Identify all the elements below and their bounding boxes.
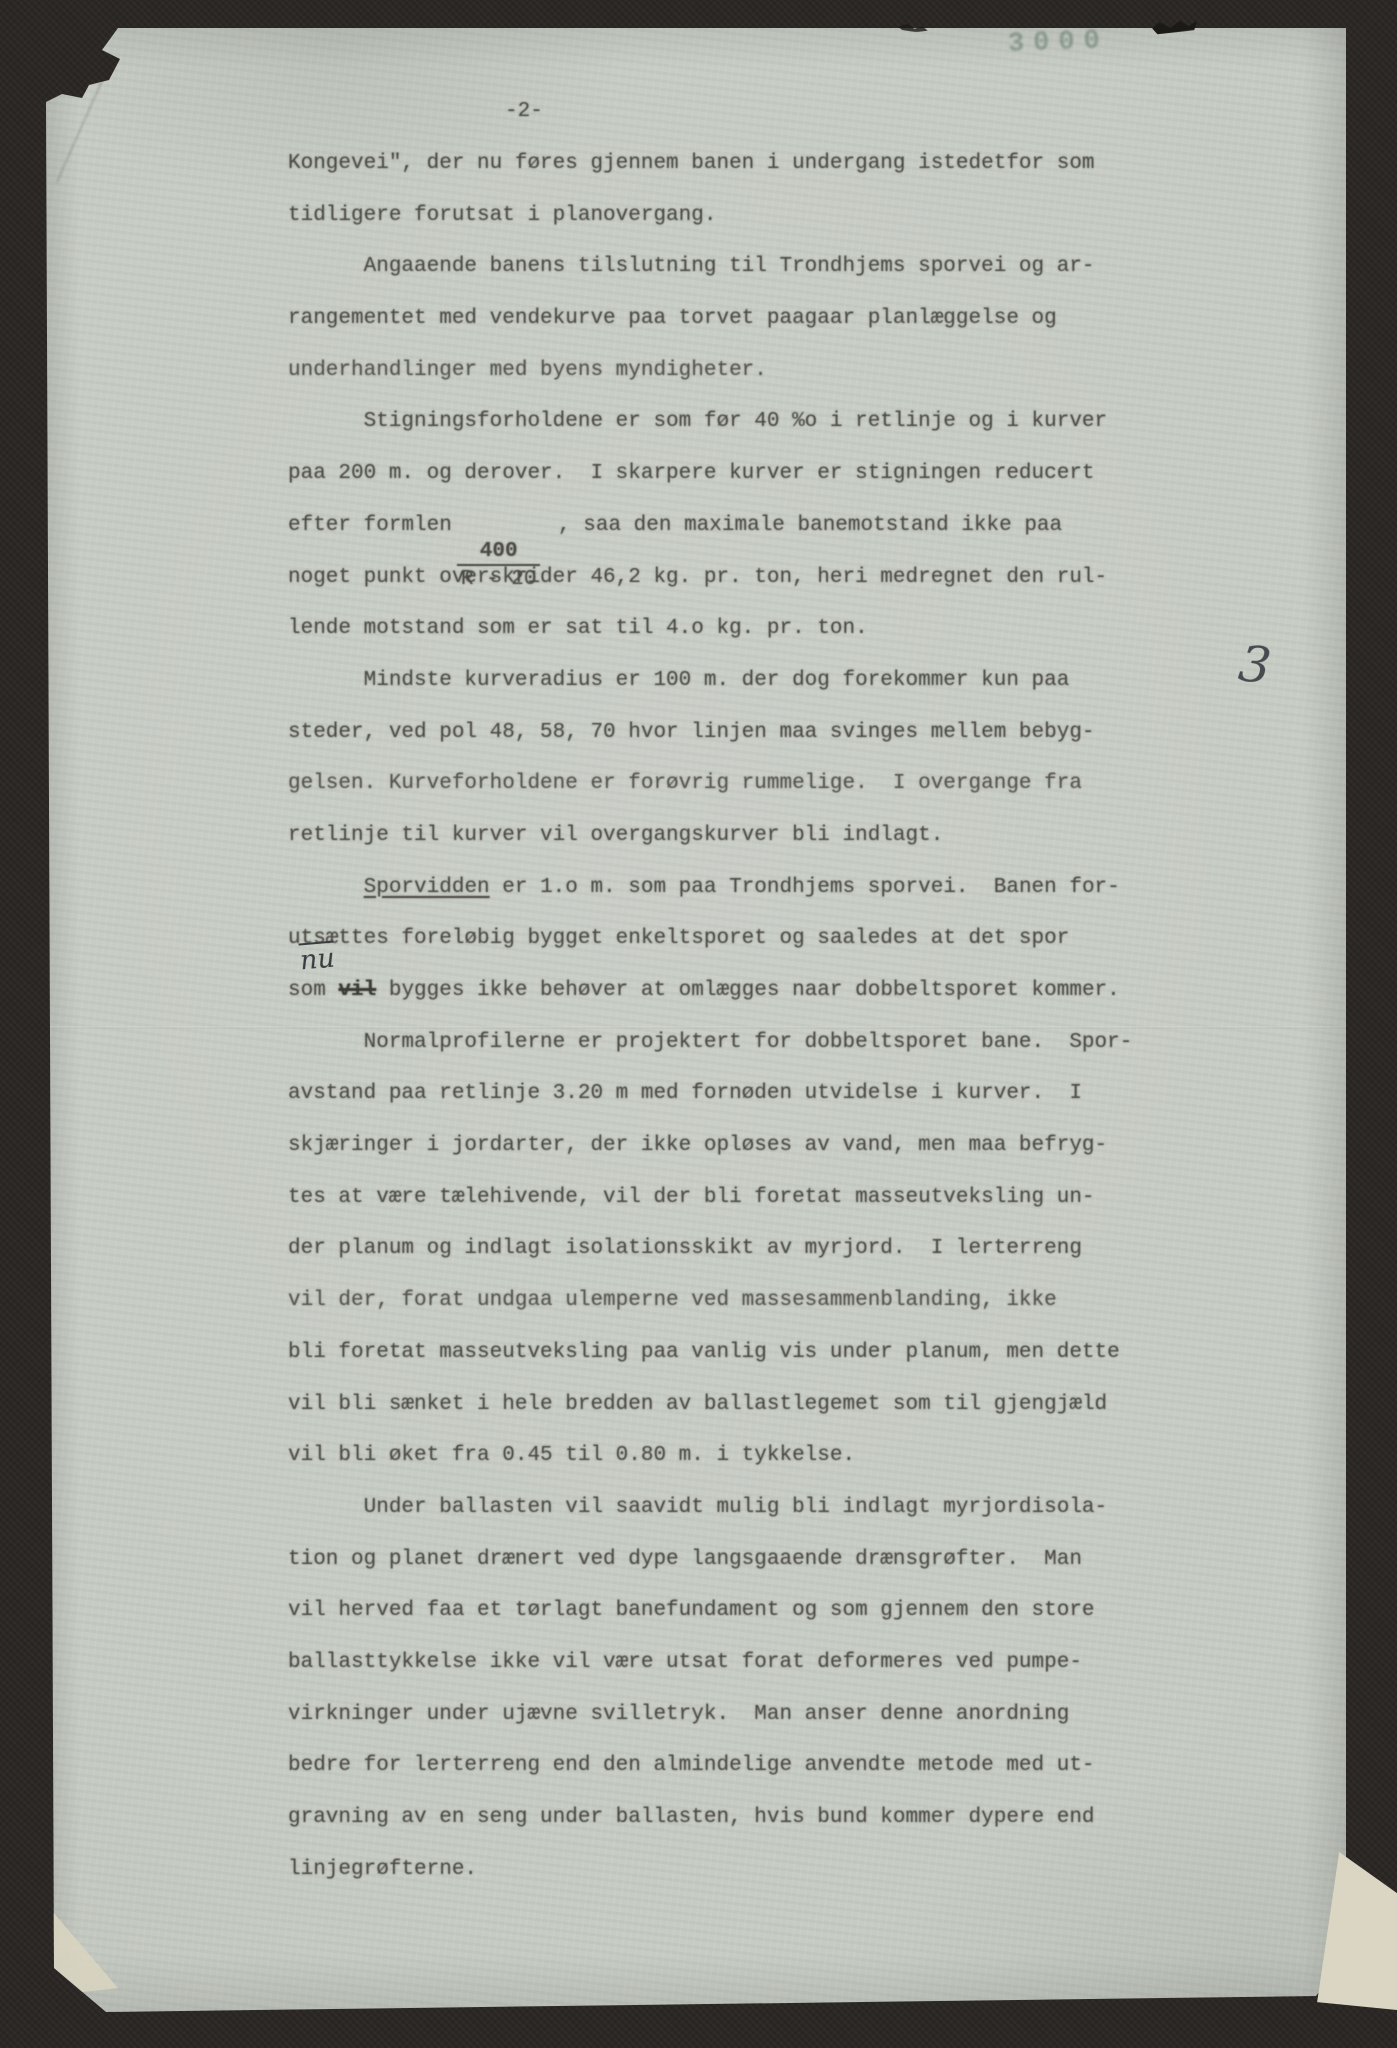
line-text: Stigningsforholdene er som før 40 %o i r… <box>288 410 1107 433</box>
line-text: underhandlinger med byens myndigheter. <box>288 359 767 382</box>
document-line: tidligere forutsat i planovergang. <box>288 190 1132 242</box>
formula-fraction: 400R - 20 <box>457 540 541 592</box>
line-text: noget punkt overskrider 46,2 kg. pr. ton… <box>288 566 1107 589</box>
line-text: er 1.o m. som paa Trondhjems sporvei. Ba… <box>490 876 1120 899</box>
document-line: der planum og indlagt isolationsskikt av… <box>288 1223 1132 1275</box>
line-text: tes at være tælehivende, vil der bli for… <box>288 1186 1095 1209</box>
document-line: steder, ved pol 48, 58, 70 hvor linjen m… <box>288 707 1132 759</box>
document-line: skjæringer i jordarter, der ikke opløses… <box>288 1120 1132 1172</box>
corner-crease <box>56 73 107 183</box>
line-text: Kongevei", der nu føres gjennem banen i … <box>288 152 1095 175</box>
document-line: Stigningsforholdene er som før 40 %o i r… <box>288 396 1132 448</box>
document-line: vil der, forat undgaa ulemperne ved mass… <box>288 1275 1132 1327</box>
line-text: paa 200 m. og derover. I skarpere kurver… <box>288 462 1095 485</box>
paper-sheet: 3000 -2- Kongevei", der nu føres gjennem… <box>46 28 1346 2014</box>
fraction-denominator: R - 20 <box>457 564 541 592</box>
document-line: som vil bygges ikke behøver at omlægges … <box>288 965 1132 1017</box>
document-line: Sporvidden er 1.o m. som paa Trondhjems … <box>288 862 1132 914</box>
document-line: retlinje til kurver vil overgangskurver … <box>288 810 1132 862</box>
fraction-numerator: 400 <box>472 540 526 564</box>
line-text: Angaaende banens tilslutning til Trondhj… <box>288 255 1095 278</box>
document-line: vil bli øket fra 0.45 til 0.80 m. i tykk… <box>288 1430 1132 1482</box>
strike-text: vil <box>338 979 376 1002</box>
line-text: vil bli øket fra 0.45 til 0.80 m. i tykk… <box>288 1444 855 1467</box>
line-text: utsættes foreløbig bygget enkeltsporet o… <box>288 927 1069 950</box>
line-text: bli foretat masseutveksling paa vanlig v… <box>288 1341 1120 1364</box>
line-text: tion og planet drænert ved dype langsgaa… <box>288 1548 1082 1571</box>
document-line: Normalprofilerne er projektert for dobbe… <box>288 1017 1132 1069</box>
document-line: vil herved faa et tørlagt banefundament … <box>288 1585 1132 1637</box>
line-text: lende motstand som er sat til 4.o kg. pr… <box>288 617 868 640</box>
line-text: vil der, forat undgaa ulemperne ved mass… <box>288 1289 1057 1312</box>
document-line: ballasttykkelse ikke vil være utsat fora… <box>288 1637 1132 1689</box>
line-text: som <box>288 979 338 1002</box>
archive-scan-page: { "page": { "number_label": "-2-", "stam… <box>0 0 1397 2048</box>
line-text: tidligere forutsat i planovergang. <box>288 204 716 227</box>
line-text <box>288 876 364 899</box>
line-text: linjegrøfterne. <box>288 1858 477 1881</box>
line-text: steder, ved pol 48, 58, 70 hvor linjen m… <box>288 721 1095 744</box>
bottom-left-fold <box>46 1898 118 1996</box>
line-text: bedre for lerterreng end den almindelige… <box>288 1754 1095 1777</box>
line-text: gravning av en seng under ballasten, hvi… <box>288 1806 1095 1829</box>
document-line: Under ballasten vil saavidt mulig bli in… <box>288 1482 1132 1534</box>
line-text: der planum og indlagt isolationsskikt av… <box>288 1237 1082 1260</box>
handwritten-insertion: nu <box>299 943 336 977</box>
text-block: Kongevei", der nu føres gjennem banen i … <box>288 138 1132 1895</box>
line-text: avstand paa retlinje 3.20 m med fornøden… <box>288 1082 1082 1105</box>
line-text: retlinje til kurver vil overgangskurver … <box>288 824 943 847</box>
document-line: rangementet med vendekurve paa torvet pa… <box>288 293 1132 345</box>
document-line: lende motstand som er sat til 4.o kg. pr… <box>288 603 1132 655</box>
document-line: paa 200 m. og derover. I skarpere kurver… <box>288 448 1132 500</box>
line-text: skjæringer i jordarter, der ikke opløses… <box>288 1134 1107 1157</box>
document-line: vil bli sænket i hele bredden av ballast… <box>288 1379 1132 1431</box>
document-line: gravning av en seng under ballasten, hvi… <box>288 1792 1132 1844</box>
underline-text: Sporvidden <box>364 876 490 899</box>
line-text: vil herved faa et tørlagt banefundament … <box>288 1599 1095 1622</box>
document-line: bli foretat masseutveksling paa vanlig v… <box>288 1327 1132 1379</box>
line-text: vil bli sænket i hele bredden av ballast… <box>288 1393 1107 1416</box>
document-line: utsættes foreløbig bygget enkeltsporet o… <box>288 913 1132 965</box>
document-line: underhandlinger med byens myndigheter. <box>288 345 1132 397</box>
handwritten-margin-number: 3 <box>1236 634 1275 695</box>
document-line: virkninger under ujævne svilletryk. Man … <box>288 1689 1132 1741</box>
document-line: noget punkt overskrider 46,2 kg. pr. ton… <box>288 552 1132 604</box>
line-text: bygges ikke behøver at omlægges naar dob… <box>376 979 1120 1002</box>
line-text: Under ballasten vil saavidt mulig bli in… <box>288 1496 1107 1519</box>
line-text: virkninger under ujævne svilletryk. Man … <box>288 1703 1069 1726</box>
document-line: gelsen. Kurveforholdene er forøvrig rumm… <box>288 758 1132 810</box>
document-line: avstand paa retlinje 3.20 m med fornøden… <box>288 1068 1132 1120</box>
line-text: Mindste kurveradius er 100 m. der dog fo… <box>288 669 1069 692</box>
line-text: rangementet med vendekurve paa torvet pa… <box>288 307 1057 330</box>
page-number: -2- <box>505 100 543 123</box>
line-text: Normalprofilerne er projektert for dobbe… <box>288 1031 1132 1054</box>
faint-stamp: 3000 <box>1008 26 1110 60</box>
line-text: efter formlen <box>288 514 452 537</box>
line-text: , saa den maximale banemotstand ikke paa <box>545 514 1062 537</box>
document-line: tion og planet drænert ved dype langsgaa… <box>288 1534 1132 1586</box>
document-line: bedre for lerterreng end den almindelige… <box>288 1740 1132 1792</box>
line-text: gelsen. Kurveforholdene er forøvrig rumm… <box>288 772 1082 795</box>
document-line: Kongevei", der nu føres gjennem banen i … <box>288 138 1132 190</box>
line-text: ballasttykkelse ikke vil være utsat fora… <box>288 1651 1082 1674</box>
document-line: linjegrøfterne. <box>288 1844 1132 1896</box>
document-line: Mindste kurveradius er 100 m. der dog fo… <box>288 655 1132 707</box>
document-line: Angaaende banens tilslutning til Trondhj… <box>288 241 1132 293</box>
document-line: efter formlen400R - 20 , saa den maximal… <box>288 500 1132 552</box>
document-line: tes at være tælehivende, vil der bli for… <box>288 1172 1132 1224</box>
